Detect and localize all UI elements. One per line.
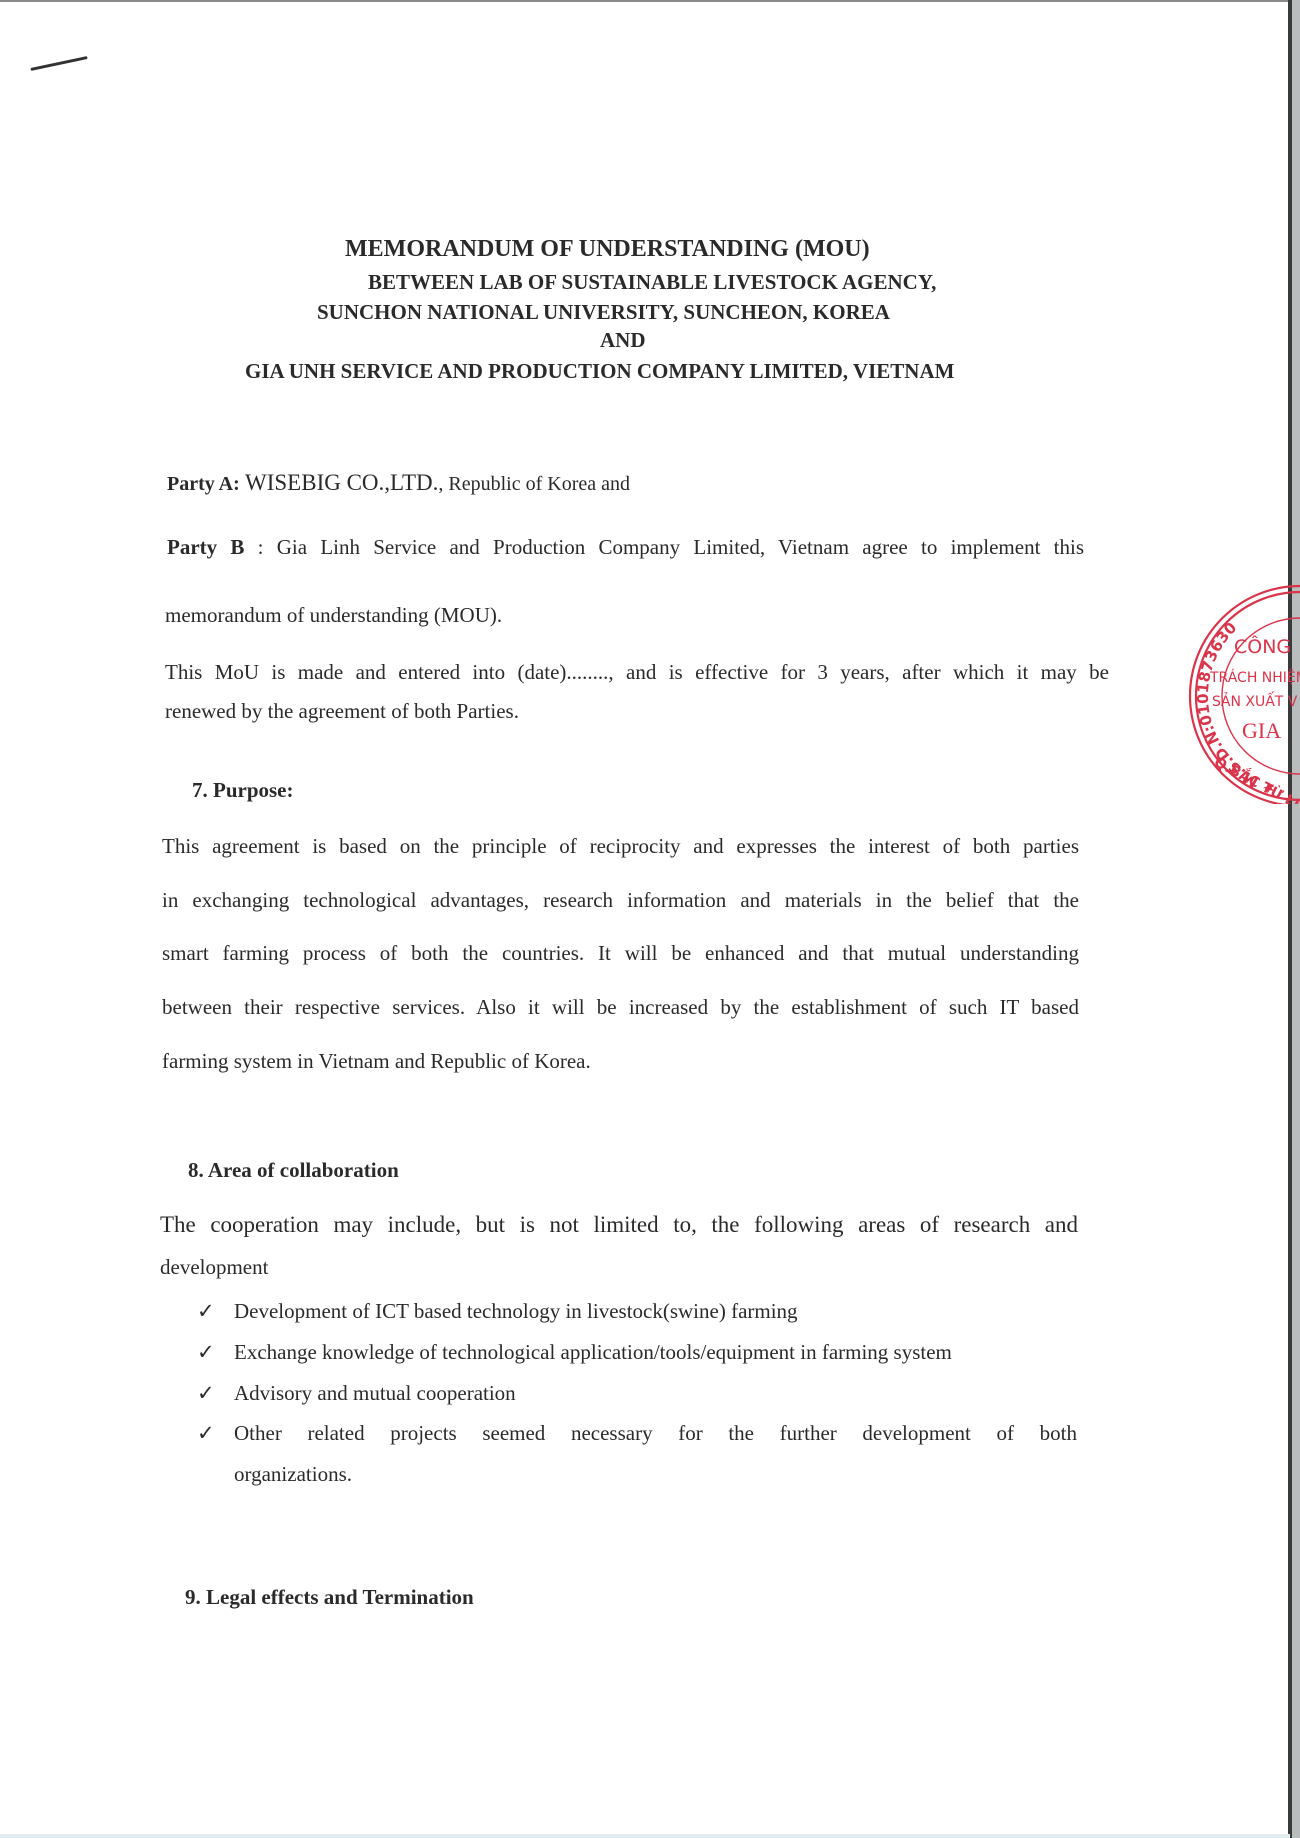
purpose-line: farming system in Vietnam and Republic o… xyxy=(162,1049,591,1074)
collaboration-item: Advisory and mutual cooperation xyxy=(234,1381,516,1406)
check-icon: ✓ xyxy=(197,1299,215,1324)
collaboration-item: Development of ICT based technology in l… xyxy=(234,1299,798,1324)
section-9-heading: 9. Legal effects and Termination xyxy=(185,1585,474,1610)
document-title: MEMORANDUM OF UNDERSTANDING (MOU) xyxy=(345,236,870,263)
party-a-name: WISEBIG CO.,LTD. xyxy=(245,470,438,495)
section-8-heading: 8. Area of collaboration xyxy=(188,1158,399,1183)
effective-line-1: This MoU is made and entered into (date)… xyxy=(165,660,1109,685)
title-line-4: AND xyxy=(600,328,646,353)
purpose-line: smart farming process of both the countr… xyxy=(162,941,1079,966)
party-b: Party B : Gia Linh Service and Productio… xyxy=(167,535,1084,560)
section-8-intro-1: The cooperation may include, but is not … xyxy=(160,1212,1078,1238)
party-a: Party A: WISEBIG CO.,LTD., Republic of K… xyxy=(167,470,630,496)
svg-text:GIA: GIA xyxy=(1242,718,1281,743)
party-b-cont: memorandum of understanding (MOU). xyxy=(165,603,502,628)
purpose-line: in exchanging technological advantages, … xyxy=(162,888,1079,913)
purpose-line: This agreement is based on the principle… xyxy=(162,834,1079,859)
check-icon: ✓ xyxy=(197,1421,215,1446)
title-line-2: BETWEEN LAB OF SUSTAINABLE LIVESTOCK AGE… xyxy=(368,270,936,295)
svg-text:TRÁCH NHIỆM: TRÁCH NHIỆM xyxy=(1209,668,1300,686)
collaboration-item: Other related projects seemed necessary … xyxy=(234,1421,1077,1446)
party-b-label: Party B xyxy=(167,535,244,559)
scan-top-edge xyxy=(0,0,1290,2)
check-icon: ✓ xyxy=(197,1340,215,1365)
section-7-heading: 7. Purpose: xyxy=(192,778,294,803)
title-line-5: GIA UNH SERVICE AND PRODUCTION COMPANY L… xyxy=(245,359,954,384)
check-icon: ✓ xyxy=(197,1381,215,1406)
purpose-line: between their respective services. Also … xyxy=(162,995,1079,1020)
collaboration-item: Exchange knowledge of technological appl… xyxy=(234,1340,952,1365)
party-a-label: Party A: xyxy=(167,473,240,495)
scan-right-margin xyxy=(1292,0,1300,1838)
svg-text:CÔNG: CÔNG xyxy=(1234,634,1291,658)
pen-mark xyxy=(30,56,87,71)
effective-line-2: renewed by the agreement of both Parties… xyxy=(165,699,519,724)
party-a-rest: , Republic of Korea and xyxy=(438,473,630,495)
party-b-text: : Gia Linh Service and Production Compan… xyxy=(258,535,1084,559)
section-8-intro-2: development xyxy=(160,1255,268,1280)
scan-bottom-edge xyxy=(0,1834,1290,1838)
collaboration-item-cont: organizations. xyxy=(234,1462,352,1487)
title-line-3: SUNCHON NATIONAL UNIVERSITY, SUNCHEON, K… xyxy=(317,300,890,325)
company-seal-stamp: ★ M.S.D.N:0101873630 CÔNG TRÁCH NHIỆM SẢ… xyxy=(1172,578,1300,804)
svg-text:SẢN XUẤT V: SẢN XUẤT V xyxy=(1212,691,1298,710)
